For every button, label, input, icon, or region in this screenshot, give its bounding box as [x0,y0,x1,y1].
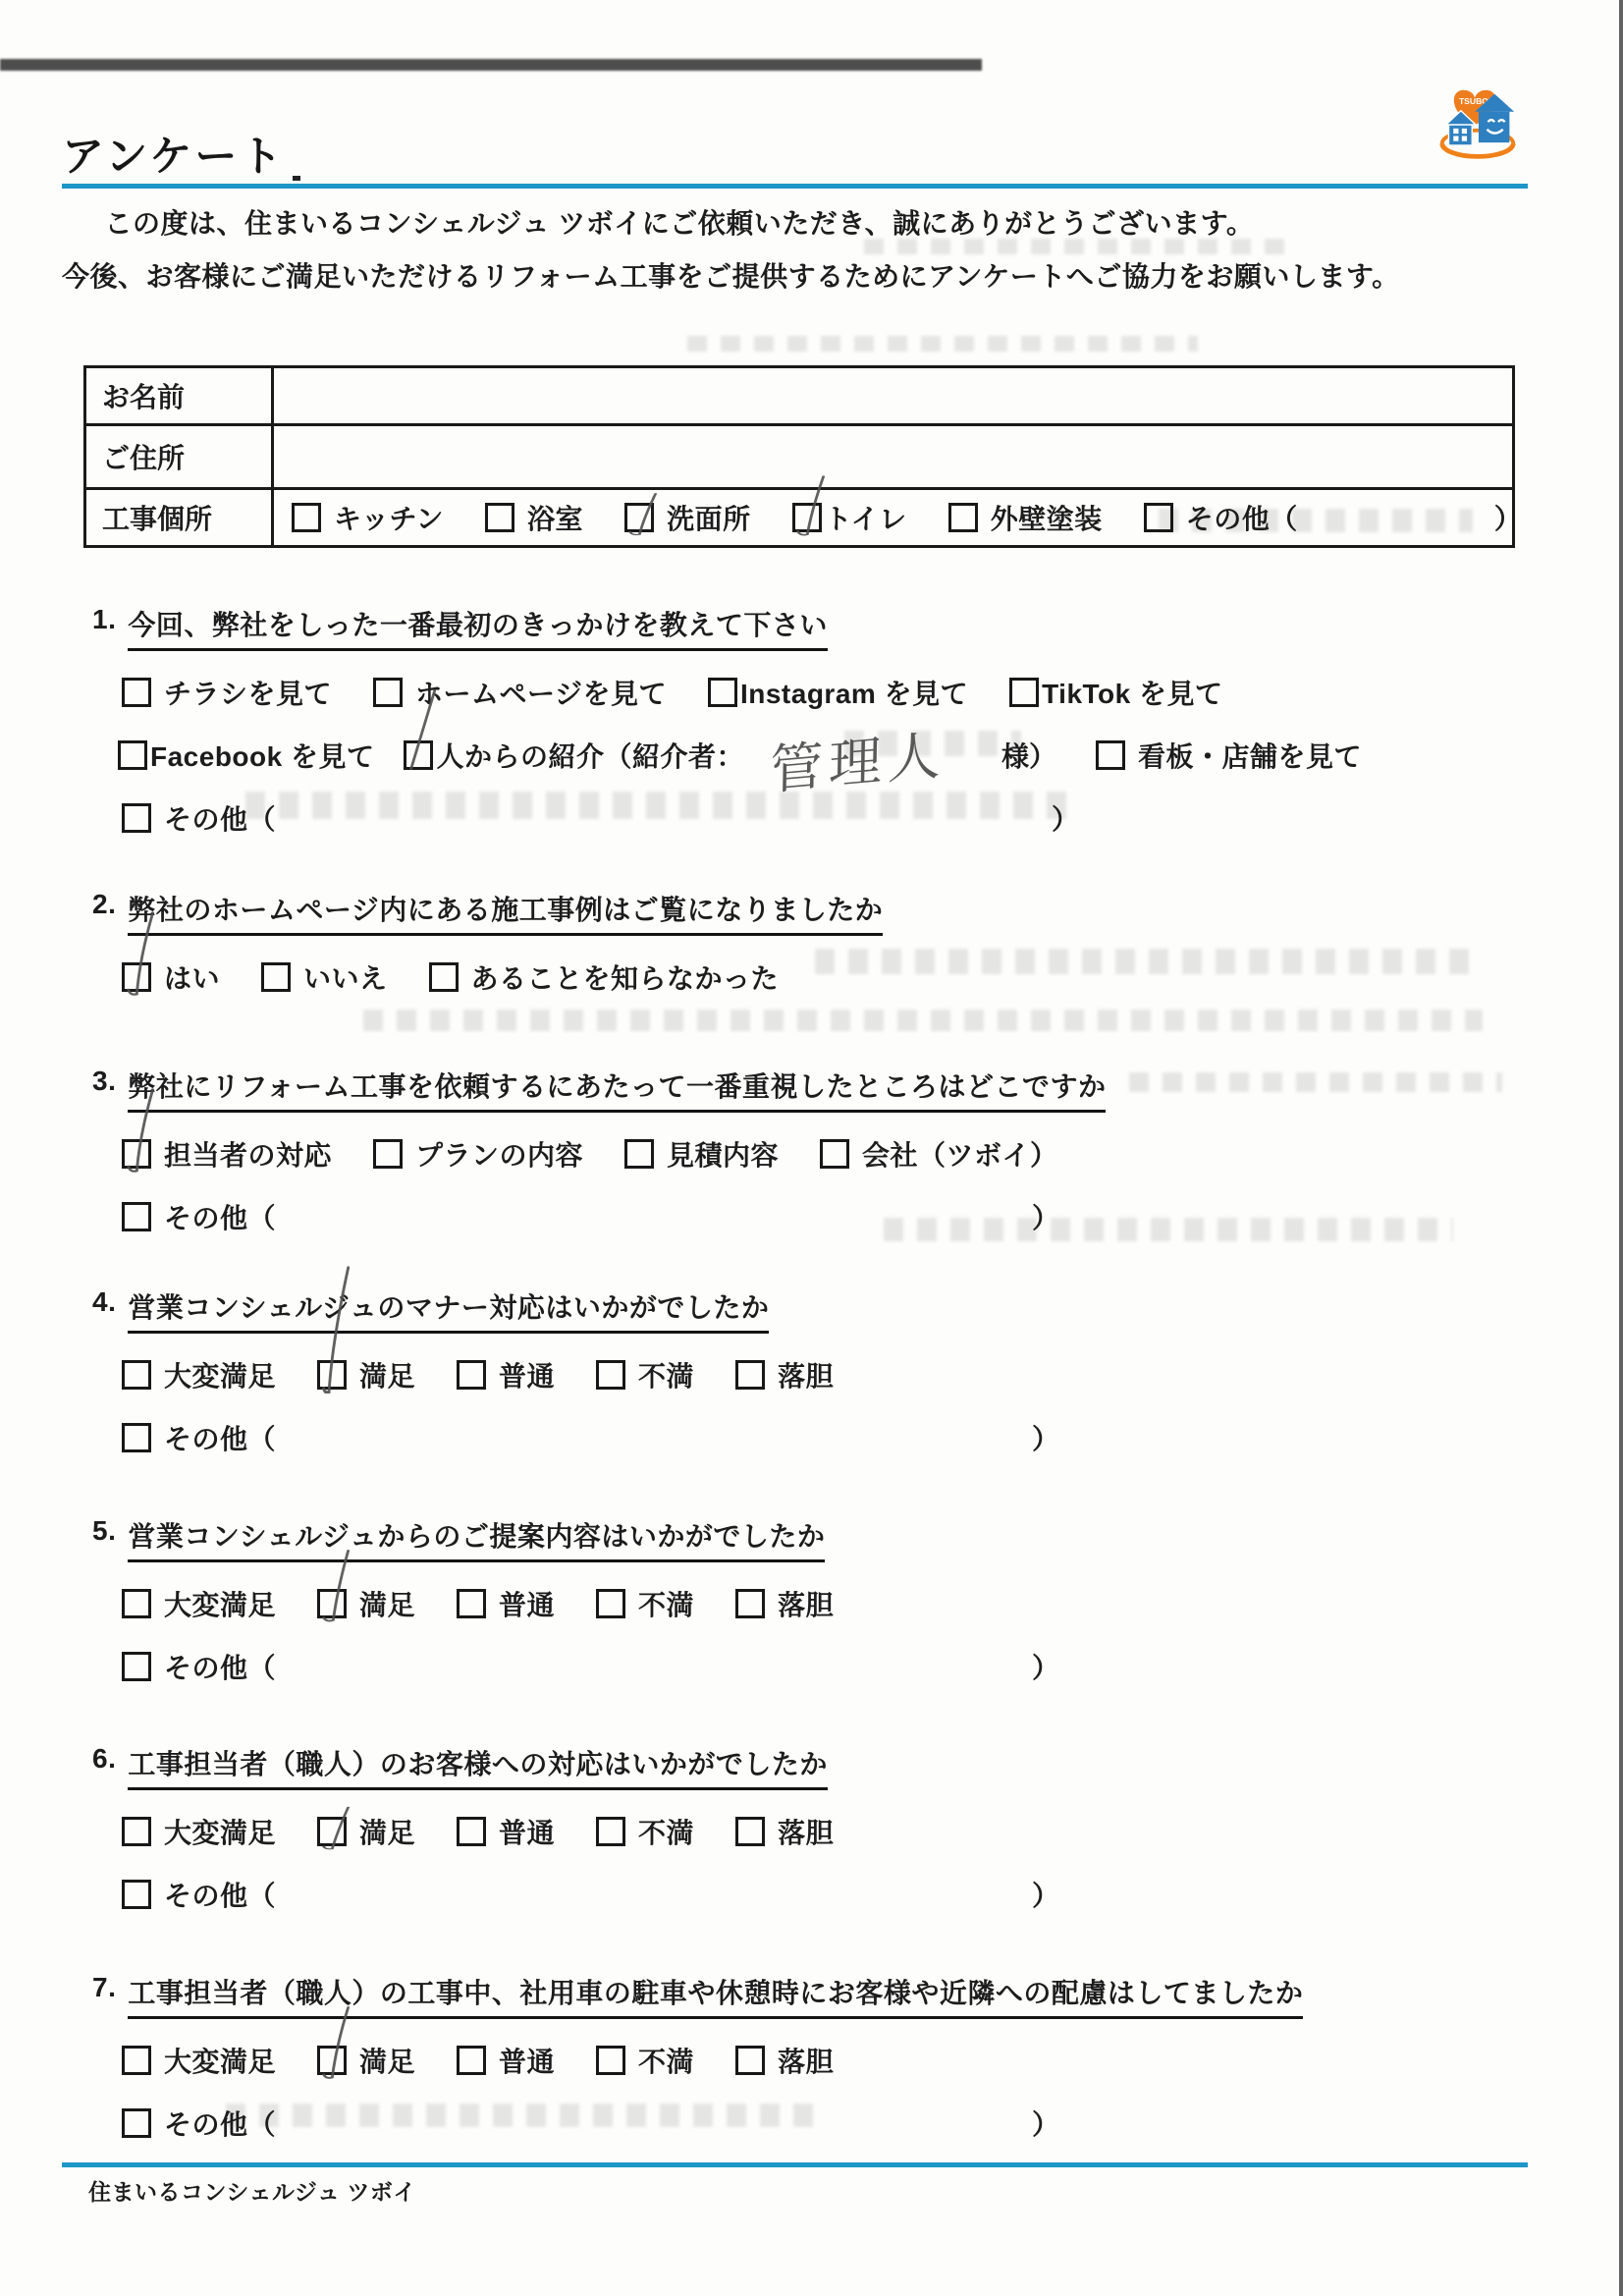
q4-option-disappointed: 落胆 [735,1355,834,1394]
q7-other-checkbox[interactable] [122,2108,151,2138]
q5-option-normal: 普通 [457,1584,555,1623]
q6-option-satisfied: 満足 [317,1812,415,1851]
q2-option-didnt-know: あることを知らなかった [429,957,780,997]
instagram-checkbox[interactable] [708,678,737,707]
q1-option-homepage: ホームページを見て [373,673,667,712]
question-text: 工事担当者（職人）の工事中、社用車の駐車や休憩時にお客様や近隣への配慮はしてまし… [128,1972,1303,2019]
q6-other-row: その他（ ） [92,1875,1536,1914]
fill-in-blank [276,1667,1032,1667]
question-7-title: 7. 工事担当者（職人）の工事中、社用車の駐車や休憩時にお客様や近隣への配慮はし… [92,1972,1536,2019]
fill-in-blank [276,1894,1032,1895]
fill-in-blank [1298,518,1494,519]
q1-option-tiktok: TikTok を見て [1009,673,1222,712]
footer-rule [62,2162,1528,2167]
work-option-exterior-paint: 外壁塗装 [948,498,1103,537]
q1-option-signboard: 看板・店舗を見て [1096,736,1362,775]
q3-option-estimate: 見積内容 [624,1134,779,1174]
question-text: 工事担当者（職人）のお客様への対応はいかがでしたか [128,1743,828,1790]
q6-option-dissatisfied: 不満 [596,1812,694,1851]
company-logo: TSUBOI [1435,86,1520,165]
question-number: 2. [92,889,116,936]
q6-other-checkbox[interactable] [122,1880,151,1909]
q1-other-row: その他（ ） [92,798,1536,838]
work-location-options: キッチン 浴室 洗面所 トイレ 外壁塗装 その他（ [274,490,1522,545]
question-1-title: 1. 今回、弊社をしった一番最初のきっかけを教えて下さい [92,604,1536,651]
satisfied-checkbox[interactable] [317,1817,347,1846]
q2-option-yes: はい [122,957,220,997]
q6-options-row: 大変満足 満足 普通 不満 落胆 [92,1812,1536,1851]
small-house-body-icon [1448,125,1472,145]
homepage-checkbox[interactable] [373,678,403,707]
question-7: 7. 工事担当者（職人）の工事中、社用車の駐車や休憩時にお客様や近隣への配慮はし… [92,1972,1536,2143]
q6-option-other: その他（ [122,1875,276,1914]
question-text: 営業コンシェルジュのマナー対応はいかがでしたか [128,1286,769,1334]
q1-option-instagram: Instagram を見て [708,673,968,712]
question-text: 営業コンシェルジュからのご提案内容はいかがでしたか [128,1515,825,1562]
very-satisfied-checkbox[interactable] [122,1360,151,1390]
disappointed-checkbox[interactable] [735,2046,765,2075]
question-2-title: 2. 弊社のホームページ内にある施工事例はご覧になりましたか [92,889,1536,936]
question-number: 3. [92,1066,116,1113]
dissatisfied-checkbox[interactable] [596,2046,625,2075]
normal-checkbox[interactable] [457,1589,486,1618]
paren-close: ） [1032,1418,1059,1457]
paren-close: ） [1494,498,1522,537]
q7-options-row: 大変満足 満足 普通 不満 落胆 [92,2041,1536,2080]
page-title: アンケート [62,124,285,184]
no-checkbox[interactable] [261,962,291,992]
q7-option-other: その他（ [122,2104,276,2143]
q5-option-disappointed: 落胆 [735,1584,834,1623]
very-satisfied-checkbox[interactable] [122,1589,151,1618]
q3-option-staff-response: 担当者の対応 [122,1134,332,1174]
q5-options-row: 大変満足 満足 普通 不満 落胆 [92,1584,1536,1623]
work-option-washroom: 洗面所 [624,498,751,537]
paren-close: ） [1032,2104,1059,2143]
scan-artifact [687,336,1198,352]
toilet-checkbox[interactable] [792,503,822,532]
referrer-suffix: 様） [1001,736,1056,775]
flyer-checkbox[interactable] [122,678,151,707]
bathroom-checkbox[interactable] [485,503,514,532]
paren-close: ） [1052,798,1079,838]
big-house-body-icon [1479,112,1509,142]
scan-edge [1619,0,1623,2296]
work-option-toilet: トイレ [792,498,907,537]
q4-option-very-satisfied: 大変満足 [122,1355,276,1394]
footer-company-name: 住まいるコンシェルジュ ツボイ [88,2174,416,2207]
q3-other-row: その他（ ） [92,1197,1536,1236]
q6-option-disappointed: 落胆 [735,1812,834,1851]
q7-option-satisfied: 満足 [317,2041,415,2080]
paren-close: ） [1032,1875,1059,1914]
referral-checkbox[interactable] [404,740,433,770]
question-number: 7. [92,1972,116,2019]
didnt-know-checkbox[interactable] [429,962,459,992]
work-other-checkbox[interactable] [1144,503,1173,532]
q1-other-checkbox[interactable] [122,803,151,833]
dissatisfied-checkbox[interactable] [596,1589,625,1618]
q3-options-row: 担当者の対応 プランの内容 見積内容 会社（ツボイ） [92,1134,1536,1174]
q1-option-referral: 人からの紹介（紹介者： 管理人 様） [404,736,1056,775]
question-2: 2. 弊社のホームページ内にある施工事例はご覧になりましたか はい いいえ ある… [92,889,1536,997]
very-satisfied-checkbox[interactable] [122,1817,151,1846]
q4-options-row: 大変満足 満足 普通 不満 落胆 [92,1355,1536,1394]
q3-other-checkbox[interactable] [122,1202,151,1231]
q5-option-other: その他（ [122,1647,276,1686]
question-6: 6. 工事担当者（職人）のお客様への対応はいかがでしたか 大変満足 満足 普通 … [92,1743,1536,1914]
q4-other-checkbox[interactable] [122,1423,151,1452]
disappointed-checkbox[interactable] [735,1817,765,1846]
q4-other-row: その他（ ） [92,1418,1536,1457]
name-label: お名前 [86,368,274,423]
q1-option-facebook: Facebook を見て [118,736,374,775]
address-field[interactable] [274,426,1512,487]
q3-option-company: 会社（ツボイ） [820,1134,1058,1174]
satisfied-checkbox[interactable] [317,1589,347,1618]
dissatisfied-checkbox[interactable] [596,1817,625,1846]
kitchen-checkbox[interactable] [292,503,321,532]
q7-option-disappointed: 落胆 [735,2041,834,2080]
scan-speck [293,176,300,181]
normal-checkbox[interactable] [457,2046,486,2075]
handwritten-check-icon [623,491,660,536]
q1-option-flyer: チラシを見て [122,673,332,712]
q5-other-row: その他（ ） [92,1647,1536,1686]
satisfied-checkbox[interactable] [317,2046,347,2075]
question-number: 1. [92,604,116,651]
estimate-checkbox[interactable] [624,1139,654,1169]
handwritten-referrer-name: 管理人 [770,738,947,788]
q2-options-row: はい いいえ あることを知らなかった [92,957,1536,997]
q6-option-very-satisfied: 大変満足 [122,1812,276,1851]
q7-option-very-satisfied: 大変満足 [122,2041,276,2080]
very-satisfied-checkbox[interactable] [122,2046,151,2075]
question-text: 弊社にリフォーム工事を依頼するにあたって一番重視したところはどこですか [128,1066,1106,1113]
scan-streak [0,59,982,71]
facebook-checkbox[interactable] [118,740,147,770]
yes-checkbox[interactable] [122,962,151,992]
q3-option-other: その他（ [122,1197,276,1236]
tiktok-checkbox[interactable] [1009,678,1039,707]
q4-option-other: その他（ [122,1418,276,1457]
q2-option-no: いいえ [261,957,388,997]
staff-response-checkbox[interactable] [122,1139,151,1169]
scan-artifact [363,1010,1483,1031]
table-row-name: お名前 [86,368,1512,423]
question-text: 弊社のホームページ内にある施工事例はご覧になりましたか [128,889,883,936]
question-4: 4. 営業コンシェルジュのマナー対応はいかがでしたか 大変満足 満足 普通 不満… [92,1286,1536,1457]
q1-option-other: その他（ [122,798,276,838]
signboard-checkbox[interactable] [1096,740,1125,770]
company-checkbox[interactable] [820,1139,849,1169]
q7-other-row: その他（ ） [92,2104,1536,2143]
work-option-bathroom: 浴室 [485,498,583,537]
fill-in-blank [276,1217,1032,1218]
q4-option-satisfied: 満足 [317,1355,415,1394]
fill-in-blank [276,1438,1032,1439]
title-underline [62,184,1528,189]
intro-line-2: 今後、お客様にご満足いただけるリフォーム工事をご提供するためにアンケートへご協力… [62,255,1400,295]
scanned-survey-page: { "page": { "title": "アンケート", "intro": {… [0,0,1623,2296]
normal-checkbox[interactable] [457,1817,486,1846]
question-number: 5. [92,1515,116,1562]
disappointed-checkbox[interactable] [735,1589,765,1618]
plan-content-checkbox[interactable] [373,1139,403,1169]
q3-option-plan-content: プランの内容 [373,1134,583,1174]
exterior-paint-checkbox[interactable] [948,503,978,532]
question-3: 3. 弊社にリフォーム工事を依頼するにあたって一番重視したところはどこですか 担… [92,1066,1536,1236]
question-number: 6. [92,1743,116,1790]
fill-in-blank [276,2123,1032,2124]
q4-option-dissatisfied: 不満 [596,1355,694,1394]
question-number: 4. [92,1286,116,1334]
q5-option-satisfied: 満足 [317,1584,415,1623]
question-text: 今回、弊社をしった一番最初のきっかけを教えて下さい [128,604,828,651]
q4-option-normal: 普通 [457,1355,555,1394]
dissatisfied-checkbox[interactable] [596,1360,625,1390]
disappointed-checkbox[interactable] [735,1360,765,1390]
q5-other-checkbox[interactable] [122,1652,151,1681]
work-option-other: その他（ [1144,498,1298,537]
work-option-kitchen: キッチン [292,498,444,537]
table-row-address: ご住所 [86,423,1512,487]
work-location-label: 工事個所 [86,490,274,545]
address-label: ご住所 [86,426,274,487]
q1-options-row-1: チラシを見て ホームページを見て Instagram を見て TikTok を見… [92,673,1536,712]
question-3-title: 3. 弊社にリフォーム工事を依頼するにあたって一番重視したところはどこですか [92,1066,1536,1113]
question-6-title: 6. 工事担当者（職人）のお客様への対応はいかがでしたか [92,1743,1536,1790]
q5-option-dissatisfied: 不満 [596,1584,694,1623]
question-5: 5. 営業コンシェルジュからのご提案内容はいかがでしたか 大変満足 満足 普通 … [92,1515,1536,1686]
name-field[interactable] [274,368,1512,423]
normal-checkbox[interactable] [457,1360,486,1390]
fill-in-blank [276,818,1052,819]
paren-close: ） [1032,1647,1059,1686]
table-row-work-location: 工事個所 キッチン 浴室 洗面所 トイレ 外壁塗装 [86,487,1512,545]
q6-option-normal: 普通 [457,1812,555,1851]
intro-line-1: この度は、住まいるコンシェルジュ ツボイにご依頼いただき、誠にありがとうございま… [77,202,1254,242]
question-4-title: 4. 営業コンシェルジュのマナー対応はいかがでしたか [92,1286,1536,1334]
washroom-checkbox[interactable] [624,503,654,532]
info-table: お名前 ご住所 工事個所 キッチン 浴室 洗面所 トイレ [83,365,1515,548]
question-1: 1. 今回、弊社をしった一番最初のきっかけを教えて下さい チラシを見て ホームペ… [92,604,1536,838]
q1-options-row-2: Facebook を見て 人からの紹介（紹介者： 管理人 様） 看板・店舗を見て [92,736,1536,775]
q7-option-dissatisfied: 不満 [596,2041,694,2080]
q7-option-normal: 普通 [457,2041,555,2080]
q5-option-very-satisfied: 大変満足 [122,1584,276,1623]
satisfied-checkbox[interactable] [317,1360,347,1390]
paren-close: ） [1032,1197,1059,1236]
question-5-title: 5. 営業コンシェルジュからのご提案内容はいかがでしたか [92,1515,1536,1562]
